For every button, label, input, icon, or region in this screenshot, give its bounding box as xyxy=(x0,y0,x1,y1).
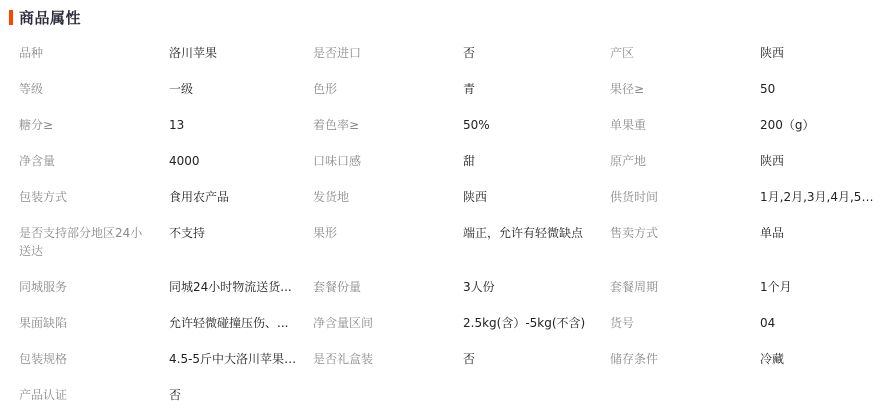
attributes-table: 品种 洛川苹果 是否进口 否 产区 陕西 等级 一级 色形 青 果径≥ 50 糖… xyxy=(0,40,887,413)
attribute-row: 净含量 4000 口味口感 甜 原产地 陕西 xyxy=(0,148,887,184)
attribute-label: 包装方式 xyxy=(19,188,154,206)
section-title: 商品属性 xyxy=(19,7,81,28)
attribute-value: 4.5-5斤中大洛川苹果 ... xyxy=(169,350,297,368)
attribute-label: 果径≥ xyxy=(610,80,745,98)
attribute-label: 同城服务 xyxy=(19,278,154,296)
attribute-label: 着色率≥ xyxy=(313,116,448,134)
attribute-value: 50% xyxy=(463,116,598,134)
attribute-label: 口味口感 xyxy=(313,152,448,170)
attribute-value: 2.5kg(含）-5kg(不含) xyxy=(463,314,598,332)
attribute-label: 品种 xyxy=(19,44,154,62)
attribute-value: 同城24小时物流送货... xyxy=(169,278,297,296)
attribute-label: 色形 xyxy=(313,80,448,98)
attribute-label: 供货时间 xyxy=(610,188,745,206)
attribute-label: 发货地 xyxy=(313,188,448,206)
attribute-value: 陕西 xyxy=(463,188,598,206)
attribute-value: 不支持 xyxy=(169,224,297,242)
attribute-value: 单品 xyxy=(760,224,885,242)
attribute-value: 甜 xyxy=(463,152,598,170)
attribute-label: 果形 xyxy=(313,224,448,242)
attribute-label: 是否进口 xyxy=(313,44,448,62)
attribute-value: 1个月 xyxy=(760,278,885,296)
attribute-label: 是否礼盒装 xyxy=(313,350,448,368)
attribute-label: 糖分≥ xyxy=(19,116,154,134)
attribute-value: 陕西 xyxy=(760,44,885,62)
attribute-label: 套餐周期 xyxy=(610,278,745,296)
attribute-value: 陕西 xyxy=(760,152,885,170)
attribute-value: 4000 xyxy=(169,152,297,170)
attribute-value: 一级 xyxy=(169,80,297,98)
attribute-value: 食用农产品 xyxy=(169,188,297,206)
attribute-value: 否 xyxy=(169,386,297,404)
attribute-value: 青 xyxy=(463,80,598,98)
attribute-label: 包装规格 xyxy=(19,350,154,368)
attribute-label: 单果重 xyxy=(610,116,745,134)
attribute-label: 是否支持部分地区24小送达 xyxy=(19,224,147,260)
attribute-label: 货号 xyxy=(610,314,745,332)
attribute-row: 品种 洛川苹果 是否进口 否 产区 陕西 xyxy=(0,40,887,76)
accent-bar xyxy=(9,10,13,25)
attribute-value: 否 xyxy=(463,350,598,368)
attribute-value: 1月,2月,3月,4月,5月,... xyxy=(760,188,885,206)
attribute-value: 04 xyxy=(760,314,885,332)
attribute-value: 冷藏 xyxy=(760,350,885,368)
attribute-label: 售卖方式 xyxy=(610,224,745,242)
attribute-row: 包装规格 4.5-5斤中大洛川苹果 ... 是否礼盒装 否 储存条件 冷藏 xyxy=(0,346,887,382)
attribute-label: 产品认证 xyxy=(19,386,154,404)
attribute-label: 等级 xyxy=(19,80,154,98)
attribute-row: 同城服务 同城24小时物流送货... 套餐份量 3人份 套餐周期 1个月 xyxy=(0,274,887,310)
attribute-label: 原产地 xyxy=(610,152,745,170)
attribute-label: 净含量区间 xyxy=(313,314,448,332)
attribute-label: 净含量 xyxy=(19,152,154,170)
attribute-row: 产品认证 否 xyxy=(0,382,887,413)
attribute-label: 产区 xyxy=(610,44,745,62)
attribute-label: 储存条件 xyxy=(610,350,745,368)
attribute-value: 否 xyxy=(463,44,598,62)
attribute-label: 套餐份量 xyxy=(313,278,448,296)
attribute-row: 等级 一级 色形 青 果径≥ 50 xyxy=(0,76,887,112)
attribute-label: 果面缺陷 xyxy=(19,314,154,332)
attribute-row: 包装方式 食用农产品 发货地 陕西 供货时间 1月,2月,3月,4月,5月,..… xyxy=(0,184,887,220)
section-header: 商品属性 xyxy=(0,6,81,28)
attribute-value: 200（g） xyxy=(760,116,885,134)
attribute-value: 端正，允许有轻微缺点 xyxy=(463,224,598,242)
attribute-row: 糖分≥ 13 着色率≥ 50% 单果重 200（g） xyxy=(0,112,887,148)
attribute-value: 3人份 xyxy=(463,278,598,296)
attribute-row: 是否支持部分地区24小送达 不支持 果形 端正，允许有轻微缺点 售卖方式 单品 xyxy=(0,220,887,274)
attribute-value: 允许轻微碰撞压伤、... xyxy=(169,314,297,332)
attribute-value: 13 xyxy=(169,116,297,134)
attribute-value: 50 xyxy=(760,80,885,98)
attribute-row: 果面缺陷 允许轻微碰撞压伤、... 净含量区间 2.5kg(含）-5kg(不含)… xyxy=(0,310,887,346)
attribute-value: 洛川苹果 xyxy=(169,44,297,62)
